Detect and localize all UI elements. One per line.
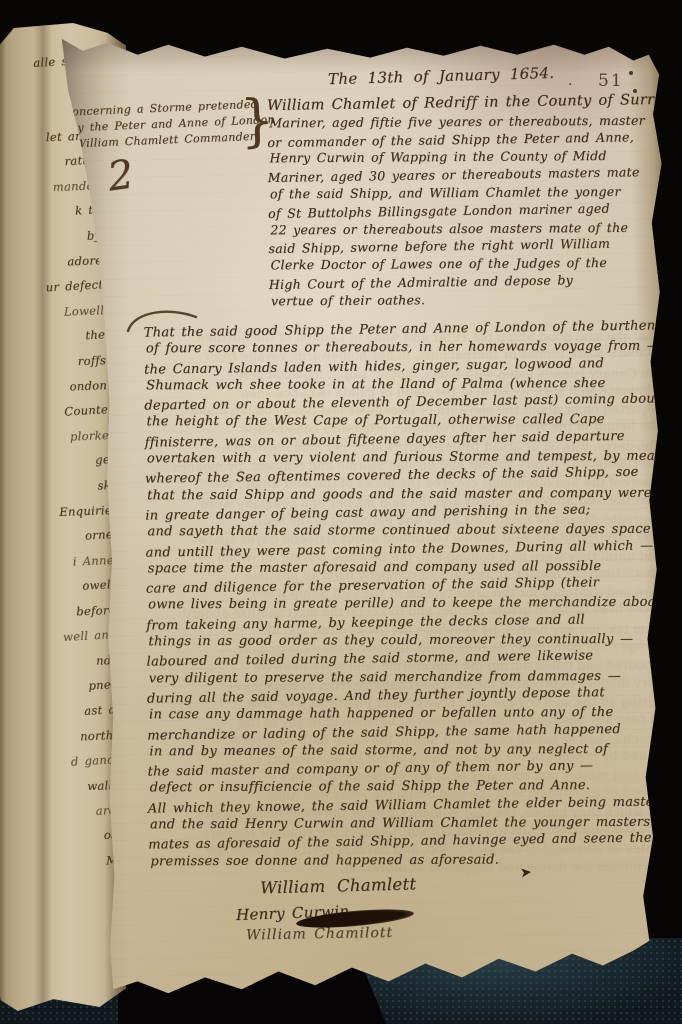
worm-hole	[633, 89, 637, 93]
page-number: 51	[598, 71, 624, 91]
deposition-body: That the said good Shipp the Peter and A…	[144, 319, 661, 872]
manuscript-line: premisses soe donne and happened as afor…	[150, 850, 662, 871]
fragment-line: Ma	[21, 848, 126, 877]
index-mark: 2	[105, 151, 137, 200]
signature-william-chamilott: William Chamilott	[246, 923, 524, 944]
manuscript-page: The 13th of January 1654. · 51 Concernin…	[52, 25, 664, 1015]
signature-william-chamlett: William Chamlett	[260, 872, 524, 898]
deposition-intro: William Chamlet of Redriff in the County…	[267, 93, 657, 311]
separator-dot: ·	[568, 77, 572, 93]
manuscript-line: vertue of their oathes.	[271, 289, 659, 310]
signature-block: William Chamlett Henry Curwin William Ch…	[234, 875, 524, 941]
margin-note: Concerning a Storme pretendedby the Pete…	[63, 97, 245, 152]
manuscript-photograph: alle shippherEdlet annerattlemanderk teb…	[0, 0, 682, 1024]
date-line: The 13th of January 1654.	[328, 64, 555, 88]
worm-hole	[629, 71, 633, 75]
